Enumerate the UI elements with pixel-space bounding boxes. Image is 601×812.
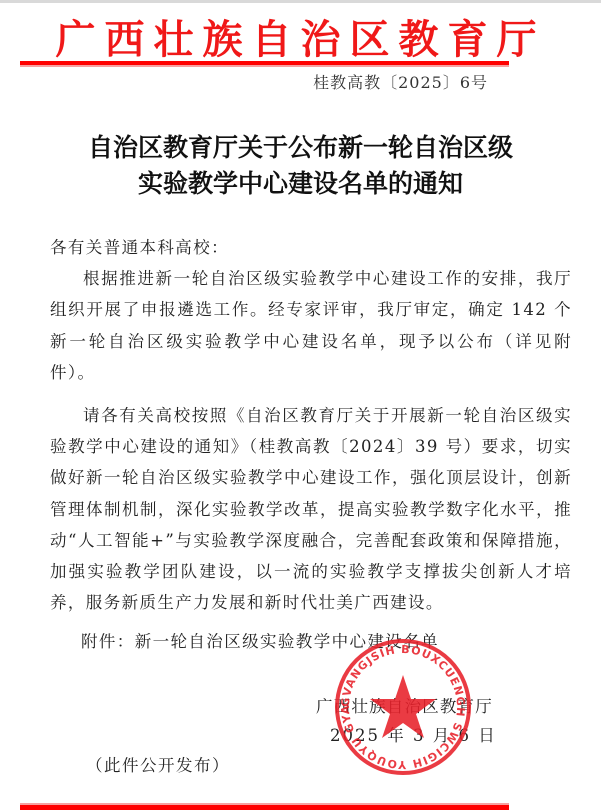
official-seal-icon: GVANGJSIH BOUXCUENGH SWCIGIH YOUQYU GYAU… — [333, 637, 473, 777]
salutation: 各有关普通本科高校： — [50, 232, 572, 263]
notice-title-line-1: 自治区教育厅关于公布新一轮自治区级 — [0, 130, 601, 166]
notice-body: 各有关普通本科高校： 根据推进新一轮自治区级实验教学中心建设工作的安排，我厅组织… — [50, 232, 572, 618]
notice-title: 自治区教育厅关于公布新一轮自治区级 实验教学中心建设名单的通知 — [0, 130, 601, 202]
footer-red-rule — [20, 805, 509, 810]
seal-star-icon — [370, 675, 436, 738]
body-paragraph-2: 请各有关高校按照《自治区教育厅关于开展新一轮自治区级实验教学中心建设的通知》（桂… — [50, 400, 572, 618]
header-red-rule-shadow — [20, 65, 509, 67]
notice-title-line-2: 实验教学中心建设名单的通知 — [0, 166, 601, 202]
page-top-edge — [0, 0, 601, 3]
document-number: 桂教高教〔2025〕6号 — [313, 70, 488, 93]
body-paragraph-1: 根据推进新一轮自治区级实验教学中心建设工作的安排，我厅组织开展了申报遴选工作。经… — [50, 263, 572, 388]
publication-note: （此件公开发布） — [86, 752, 230, 776]
issuing-organization-title: 广西壮族自治区教育厅 — [0, 8, 601, 65]
